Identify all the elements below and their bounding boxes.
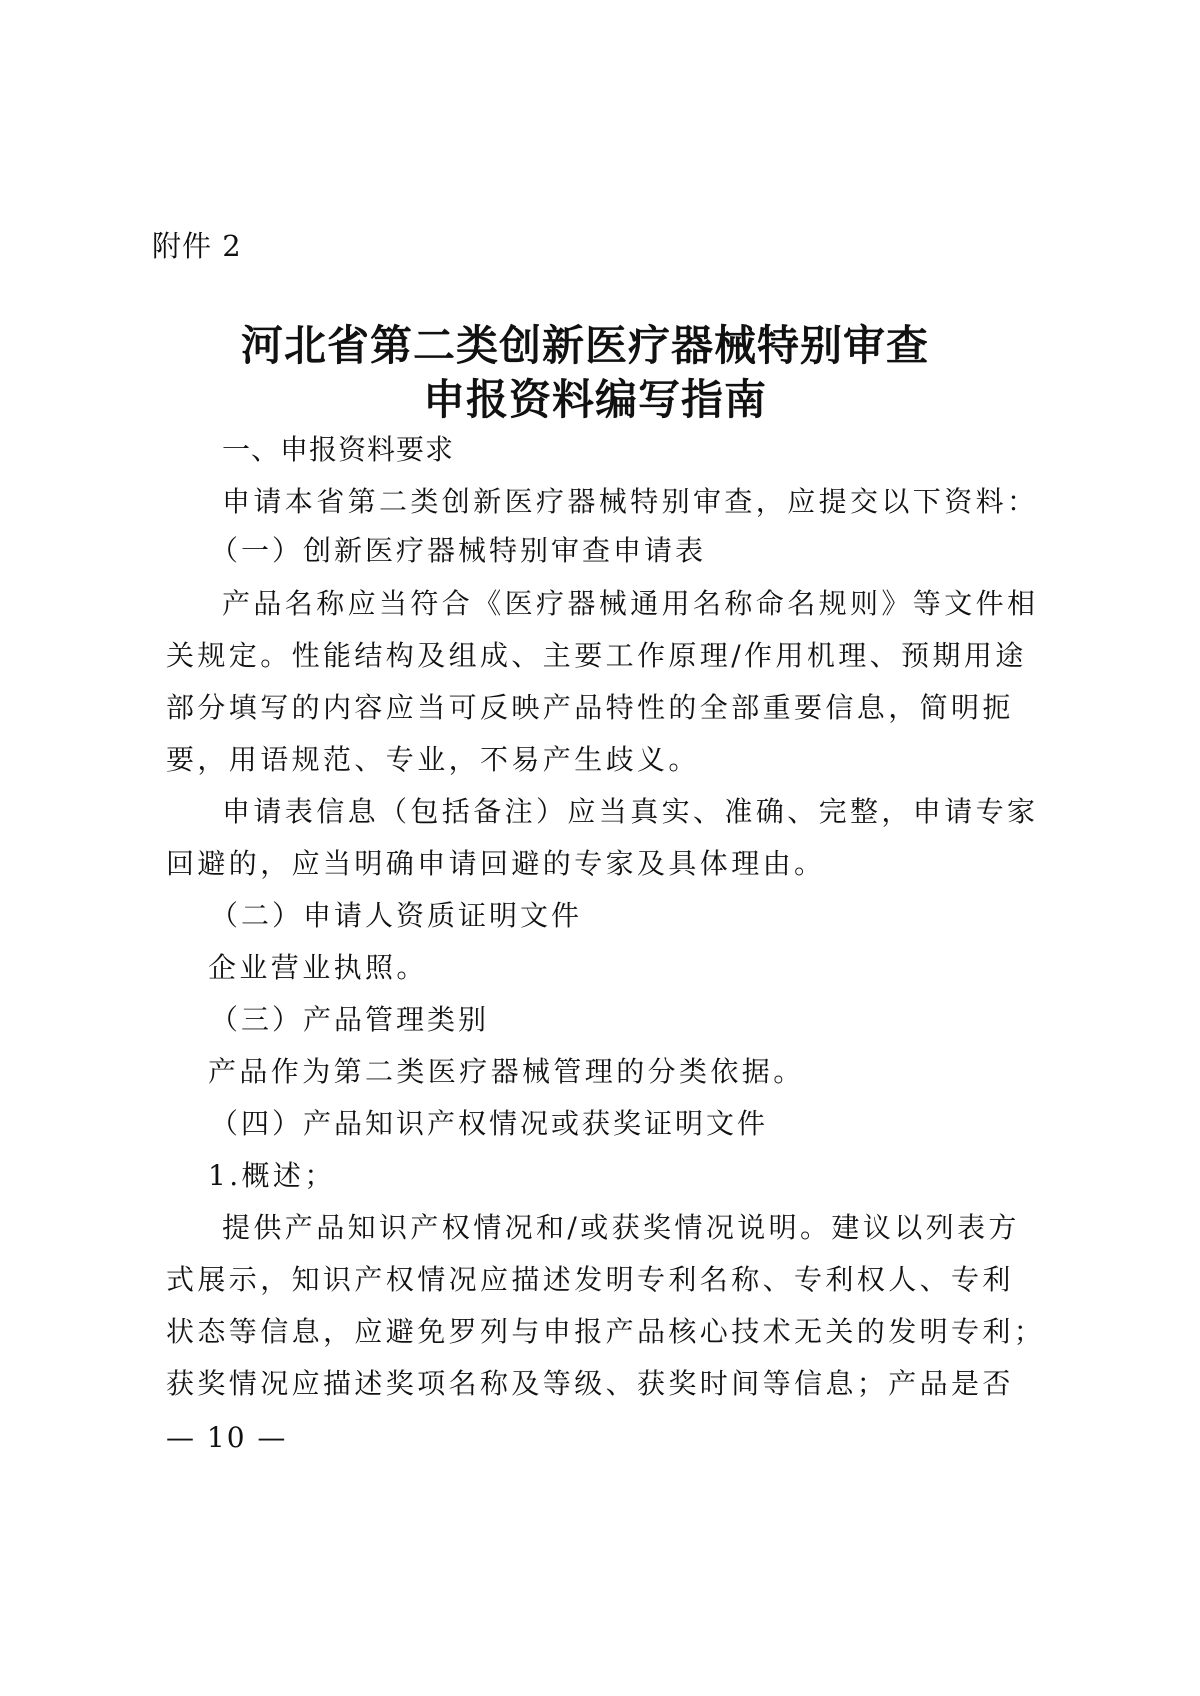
body-line: 产品名称应当符合《医疗器械通用名称命名规则》等文件相 [222,584,1102,624]
body-line: 关规定。性能结构及组成、主要工作原理/作用机理、预期用途 [166,636,1046,676]
subsection-heading-category: （三）产品管理类别 [210,1000,1090,1040]
subsection-heading-application-form: （一）创新医疗器械特别审查申请表 [210,531,1090,571]
document-title-line-2: 申报资料编写指南 [0,372,1195,428]
body-line: 提供产品知识产权情况和/或获奖情况说明。建议以列表方 [222,1208,1102,1248]
body-line: 申请表信息（包括备注）应当真实、准确、完整，申请专家 [222,792,1102,832]
document-title-line-1: 河北省第二类创新医疗器械特别审查 [0,318,1185,374]
body-line: 产品作为第二类医疗器械管理的分类依据。 [208,1052,1088,1092]
body-line: 申请本省第二类创新医疗器械特别审查，应提交以下资料： [222,482,1102,522]
attachment-label: 附件 2 [152,226,242,266]
body-line: 要，用语规范、专业，不易产生歧义。 [166,740,1046,780]
body-line: 1.概述； [208,1156,1088,1196]
body-line: 获奖情况应描述奖项名称及等级、获奖时间等信息；产品是否 [166,1364,1046,1404]
document-page: 附件 2 河北省第二类创新医疗器械特别审查 申报资料编写指南 一、申报资料要求 … [0,0,1200,1696]
subsection-heading-ip: （四）产品知识产权情况或获奖证明文件 [210,1104,1090,1144]
body-line: 回避的，应当明确申请回避的专家及具体理由。 [166,844,1046,884]
body-line: 企业营业执照。 [208,948,1088,988]
body-line: 状态等信息，应避免罗列与申报产品核心技术无关的发明专利； [166,1312,1046,1352]
body-line: 式展示，知识产权情况应描述发明专利名称、专利权人、专利 [166,1260,1046,1300]
body-line: 部分填写的内容应当可反映产品特性的全部重要信息，简明扼 [166,688,1046,728]
section-heading-requirements: 一、申报资料要求 [222,430,1102,470]
subsection-heading-qualification: （二）申请人资质证明文件 [210,896,1090,936]
page-number: — 10 — [166,1418,287,1458]
